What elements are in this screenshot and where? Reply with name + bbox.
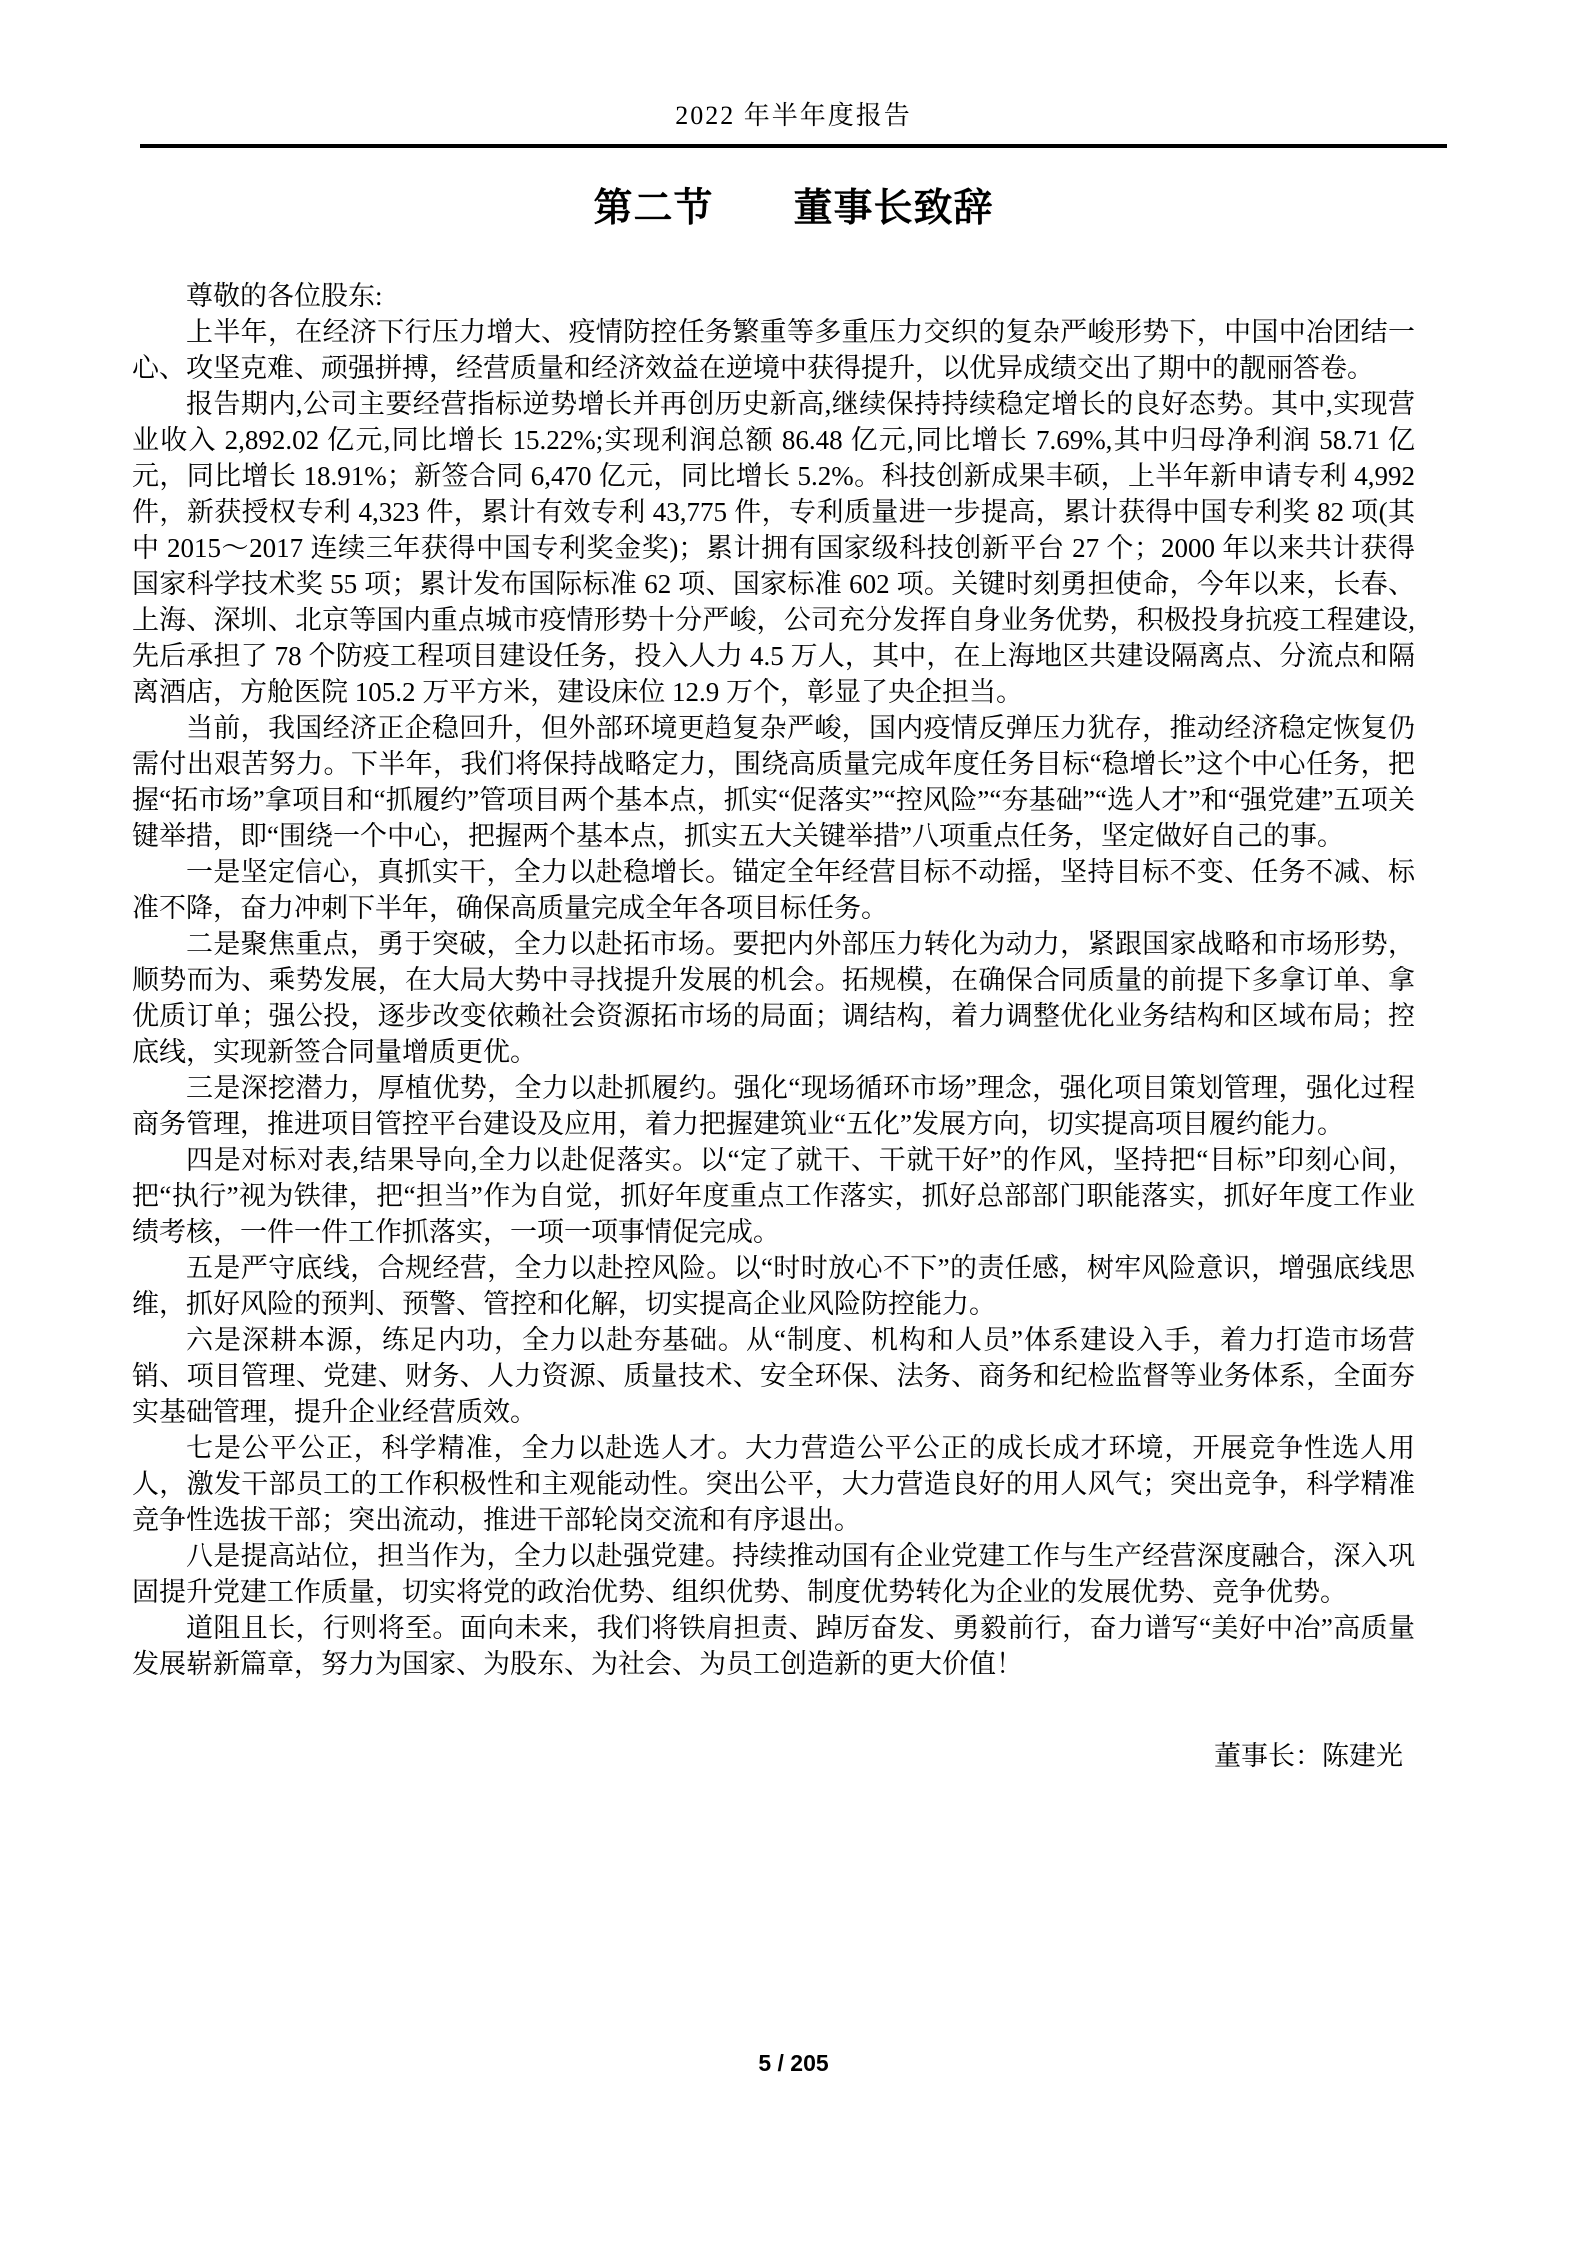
letter-body: 尊敬的各位股东: 上半年，在经济下行压力增大、疫情防控任务繁重等多重压力交织的复… — [132, 278, 1415, 1774]
paragraph: 三是深挖潜力，厚植优势，全力以赴抓履约。强化“现场循环市场”理念，强化项目策划管… — [132, 1070, 1415, 1142]
paragraph: 四是对标对表,结果导向,全力以赴促落实。以“定了就干、干就干好”的作风，坚持把“… — [132, 1142, 1415, 1250]
paragraph: 报告期内,公司主要经营指标逆势增长并再创历史新高,继续保持持续稳定增长的良好态势… — [132, 386, 1415, 710]
salutation: 尊敬的各位股东: — [132, 278, 1415, 314]
paragraph: 六是深耕本源，练足内功，全力以赴夯基础。从“制度、机构和人员”体系建设入手，着力… — [132, 1322, 1415, 1430]
page-number: 5 / 205 — [0, 2050, 1587, 2077]
paragraph: 七是公平公正，科学精准，全力以赴选人才。大力营造公平公正的成长成才环境，开展竞争… — [132, 1430, 1415, 1538]
paragraph: 二是聚焦重点，勇于突破，全力以赴拓市场。要把内外部压力转化为动力，紧跟国家战略和… — [132, 926, 1415, 1070]
signature-line: 董事长：陈建光 — [132, 1738, 1415, 1774]
section-title: 第二节 董事长致辞 — [0, 186, 1587, 232]
report-page: 2022 年半年度报告 第二节 董事长致辞 尊敬的各位股东: 上半年，在经济下行… — [0, 0, 1587, 2245]
header-divider — [140, 144, 1447, 148]
paragraph: 五是严守底线，合规经营，全力以赴控风险。以“时时放心不下”的责任感，树牢风险意识… — [132, 1250, 1415, 1322]
paragraph: 八是提高站位，担当作为，全力以赴强党建。持续推动国有企业党建工作与生产经营深度融… — [132, 1538, 1415, 1610]
paragraph: 上半年，在经济下行压力增大、疫情防控任务繁重等多重压力交织的复杂严峻形势下，中国… — [132, 314, 1415, 386]
paragraph: 当前，我国经济正企稳回升，但外部环境更趋复杂严峻，国内疫情反弹压力犹存，推动经济… — [132, 710, 1415, 854]
paragraph: 一是坚定信心，真抓实干，全力以赴稳增长。锚定全年经营目标不动摇，坚持目标不变、任… — [132, 854, 1415, 926]
paragraph: 道阻且长，行则将至。面向未来，我们将铁肩担责、踔厉奋发、勇毅前行，奋力谱写“美好… — [132, 1610, 1415, 1682]
report-header-title: 2022 年半年度报告 — [0, 0, 1587, 132]
